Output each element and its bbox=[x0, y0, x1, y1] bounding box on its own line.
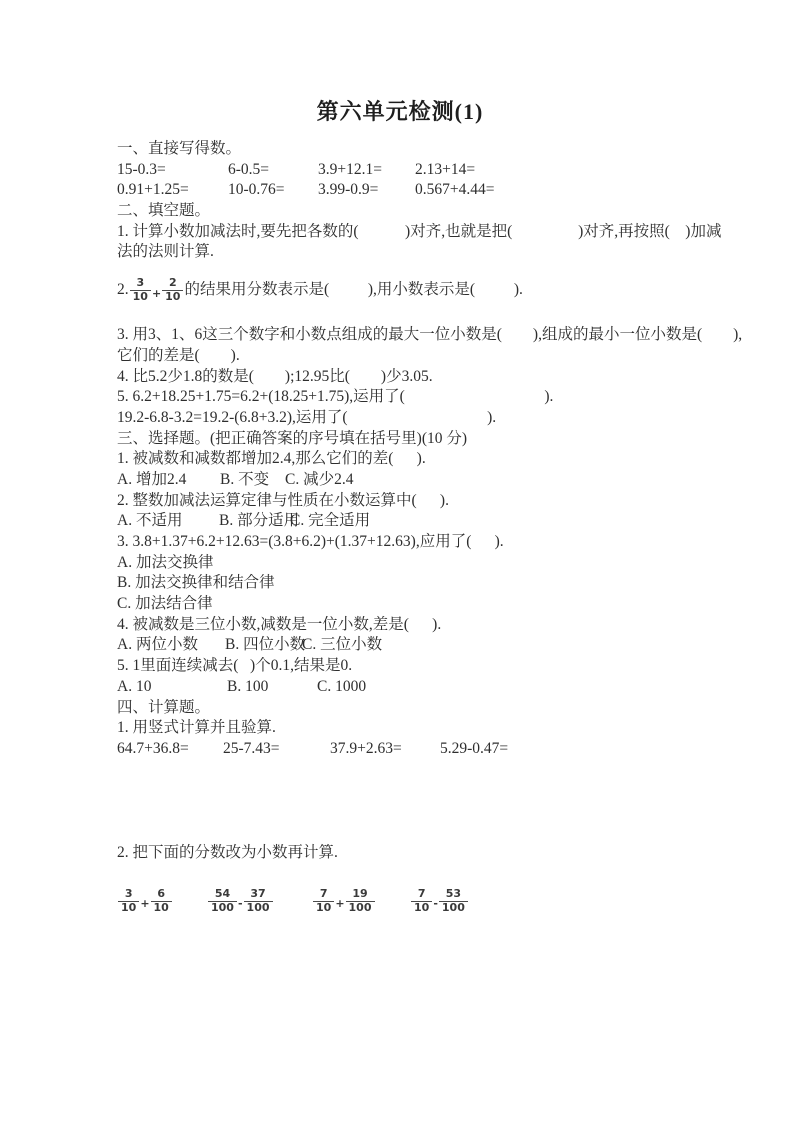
fraction: 710 bbox=[411, 888, 432, 914]
calc-q1: 1. 用竖式计算并且验算. bbox=[117, 718, 717, 739]
operator: - bbox=[238, 887, 243, 921]
option-c: C. 减少2.4 bbox=[285, 470, 353, 491]
option-b: B. 部分适用 bbox=[219, 511, 299, 532]
fraction: 19100 bbox=[346, 888, 375, 914]
equation-cell: 25-7.43= bbox=[223, 739, 280, 760]
fill-q5-line2: 19.2-6.8-3.2=19.2-(6.8+3.2),运用了( ). bbox=[117, 408, 717, 429]
fraction-expression: 710+19100 bbox=[312, 881, 376, 915]
fraction-expression: 310+610 bbox=[117, 881, 173, 915]
equation-cell: 0.91+1.25= bbox=[117, 180, 189, 201]
fill-q2: 2.310+210的结果用分数表示是( ),用小数表示是( ). bbox=[117, 271, 717, 304]
section-3-heading: 三、选择题。(把正确答案的序号填在括号里)(10 分) bbox=[117, 429, 717, 450]
fraction-numerator: 3 bbox=[130, 277, 151, 290]
fraction-numerator: 3 bbox=[118, 888, 139, 901]
plus-operator: + bbox=[152, 277, 161, 310]
fraction-numerator: 7 bbox=[313, 888, 334, 901]
calc-q2-expressions: 310+610 54100-37100 710+19100 710-53100 bbox=[117, 881, 717, 915]
option-a: A. 两位小数 bbox=[117, 635, 198, 656]
calc-q2: 2. 把下面的分数改为小数再计算. bbox=[117, 843, 717, 864]
fraction-numerator: 37 bbox=[244, 888, 273, 901]
fill-q5-line1: 5. 6.2+18.25+1.75=6.2+(18.25+1.75),运用了( … bbox=[117, 387, 717, 408]
fill-q1-line2: 法的法则计算. bbox=[117, 242, 717, 263]
choice-q2: 2. 整数加减法运算定律与性质在小数运算中( ). bbox=[117, 491, 717, 512]
choice-q4: 4. 被减数是三位小数,减数是一位小数,差是( ). bbox=[117, 615, 717, 636]
option-a: A. 增加2.4 bbox=[117, 470, 186, 491]
choice-q3: 3. 3.8+1.37+6.2+12.63=(3.8+6.2)+(1.37+12… bbox=[117, 532, 717, 553]
fraction: 710 bbox=[313, 888, 334, 914]
equation-cell: 2.13+14= bbox=[415, 160, 475, 181]
equation-cell: 5.29-0.47= bbox=[440, 739, 508, 760]
option-c: C. 完全适用 bbox=[290, 511, 370, 532]
equation-cell: 6-0.5= bbox=[228, 160, 269, 181]
equation-cell: 10-0.76= bbox=[228, 180, 285, 201]
option-b: B. 四位小数 bbox=[225, 635, 305, 656]
option-b: B. 100 bbox=[227, 677, 268, 698]
fraction-numerator: 54 bbox=[208, 888, 237, 901]
fraction-denominator: 10 bbox=[118, 901, 139, 915]
option-c: C. 1000 bbox=[317, 677, 366, 698]
choice-q1-options: A. 增加2.4 B. 不变 C. 减少2.4 bbox=[117, 470, 717, 491]
choice-q5-options: A. 10 B. 100 C. 1000 bbox=[117, 677, 717, 698]
equation-cell: 3.99-0.9= bbox=[318, 180, 378, 201]
choice-q1: 1. 被减数和减数都增加2.4,那么它们的差( ). bbox=[117, 449, 717, 470]
section-2-heading: 二、填空题。 bbox=[117, 201, 717, 222]
question-number: 2. bbox=[117, 281, 129, 298]
fraction: 610 bbox=[151, 888, 172, 914]
fill-q3-line2: 它们的差是( ). bbox=[117, 346, 717, 367]
equation-cell: 3.9+12.1= bbox=[318, 160, 382, 181]
section-1-heading: 一、直接写得数。 bbox=[117, 139, 717, 160]
page-title: 第六单元检测(1) bbox=[117, 97, 683, 127]
choice-q5: 5. 1里面连续减去( )个0.1,结果是0. bbox=[117, 656, 717, 677]
fraction-denominator: 10 bbox=[162, 290, 183, 304]
fraction-numerator: 2 bbox=[162, 277, 183, 290]
choice-q3-option-b: B. 加法交换律和结合律 bbox=[117, 573, 717, 594]
fraction: 310 bbox=[130, 277, 151, 303]
equation-cell: 0.567+4.44= bbox=[415, 180, 494, 201]
operator: + bbox=[140, 887, 149, 921]
quick-calc-row-1: 15-0.3= 6-0.5= 3.9+12.1= 2.13+14= bbox=[117, 160, 717, 181]
fraction: 54100 bbox=[208, 888, 237, 914]
equation-cell: 15-0.3= bbox=[117, 160, 166, 181]
equation-cell: 37.9+2.63= bbox=[330, 739, 402, 760]
choice-q2-options: A. 不适用 B. 部分适用 C. 完全适用 bbox=[117, 511, 717, 532]
equation-cell: 64.7+36.8= bbox=[117, 739, 189, 760]
question-text: 的结果用分数表示是( ),用小数表示是( ). bbox=[184, 281, 522, 298]
fraction-numerator: 19 bbox=[346, 888, 375, 901]
fill-q3-line1: 3. 用3、1、6这三个数字和小数点组成的最大一位小数是( ),组成的最小一位小… bbox=[117, 325, 717, 346]
worksheet-page: { "page": { "title": "第六单元检测(1)" }, "sec… bbox=[0, 0, 793, 1122]
fill-q1-line1: 1. 计算小数加减法时,要先把各数的( )对齐,也就是把( )对齐,再按照( )… bbox=[117, 222, 717, 243]
fraction-numerator: 7 bbox=[411, 888, 432, 901]
fraction-numerator: 53 bbox=[439, 888, 468, 901]
fraction: 310 bbox=[118, 888, 139, 914]
fraction-denominator: 10 bbox=[313, 901, 334, 915]
fill-q4: 4. 比5.2少1.8的数是( );12.95比( )少3.05. bbox=[117, 367, 717, 388]
option-a: A. 不适用 bbox=[117, 511, 182, 532]
fraction-denominator: 10 bbox=[130, 290, 151, 304]
fraction-denominator: 100 bbox=[439, 901, 468, 915]
fraction-denominator: 10 bbox=[411, 901, 432, 915]
fraction-denominator: 100 bbox=[208, 901, 237, 915]
fraction-denominator: 100 bbox=[346, 901, 375, 915]
calc-q1-expressions: 64.7+36.8= 25-7.43= 37.9+2.63= 5.29-0.47… bbox=[117, 739, 717, 760]
fraction: 210 bbox=[162, 277, 183, 303]
choice-q3-option-a: A. 加法交换律 bbox=[117, 553, 717, 574]
quick-calc-row-2: 0.91+1.25= 10-0.76= 3.99-0.9= 0.567+4.44… bbox=[117, 180, 717, 201]
option-a: A. 10 bbox=[117, 677, 151, 698]
operator: - bbox=[433, 887, 438, 921]
fraction: 37100 bbox=[244, 888, 273, 914]
fraction-denominator: 100 bbox=[244, 901, 273, 915]
fraction-denominator: 10 bbox=[151, 901, 172, 915]
operator: + bbox=[335, 887, 344, 921]
fraction-expression: 710-53100 bbox=[410, 881, 469, 915]
fraction-expression: 54100-37100 bbox=[207, 881, 274, 915]
section-4-heading: 四、计算题。 bbox=[117, 698, 717, 719]
choice-q4-options: A. 两位小数 B. 四位小数 C. 三位小数 bbox=[117, 635, 717, 656]
option-c: C. 三位小数 bbox=[302, 635, 382, 656]
option-b: B. 不变 bbox=[220, 470, 269, 491]
worksheet-content: 第六单元检测(1) 一、直接写得数。 15-0.3= 6-0.5= 3.9+12… bbox=[117, 97, 717, 915]
fraction-numerator: 6 bbox=[151, 888, 172, 901]
choice-q3-option-c: C. 加法结合律 bbox=[117, 594, 717, 615]
fraction: 53100 bbox=[439, 888, 468, 914]
